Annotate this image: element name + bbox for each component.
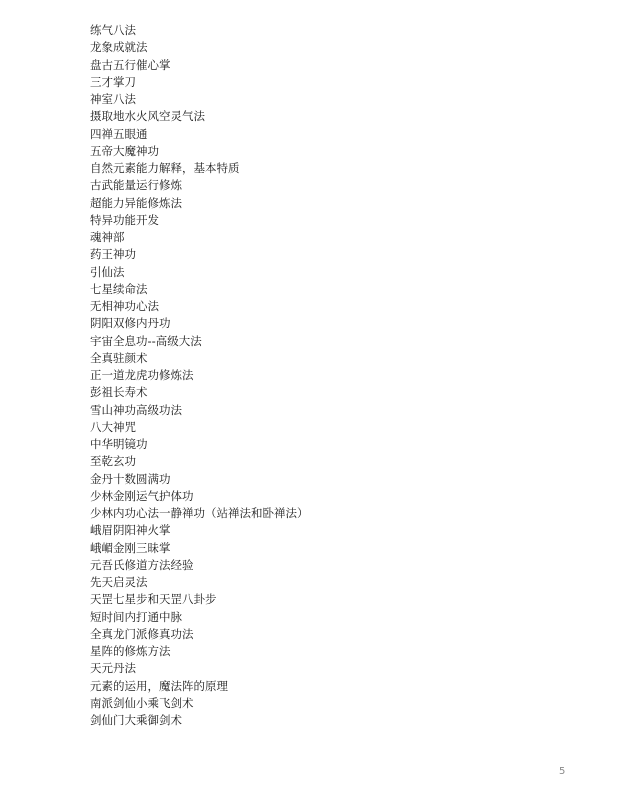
list-item: 自然元素能力解释，基本特质 [90,160,309,177]
list-item: 星阵的修炼方法 [90,643,309,660]
list-item: 七星续命法 [90,281,309,298]
list-item: 天元丹法 [90,660,309,677]
list-item: 全真驻颜术 [90,350,309,367]
list-item: 全真龙门派修真功法 [90,626,309,643]
list-item: 天罡七星步和天罡八卦步 [90,591,309,608]
list-item: 短时间内打通中脉 [90,609,309,626]
list-item: 先天启灵法 [90,574,309,591]
list-item: 正一道龙虎功修炼法 [90,367,309,384]
list-item: 盘古五行催心掌 [90,57,309,74]
list-item: 宇宙全息功--高级大法 [90,333,309,350]
list-item: 彭祖长寿术 [90,384,309,401]
list-item: 峨眉阴阳神火掌 [90,522,309,539]
list-item: 无相神功心法 [90,298,309,315]
list-item: 少林内功心法一静禅功（站禅法和卧禅法） [90,505,309,522]
list-item: 古武能量运行修炼 [90,177,309,194]
list-item: 八大神咒 [90,419,309,436]
list-item: 魂神部 [90,229,309,246]
list-item: 至乾玄功 [90,453,309,470]
list-item: 剑仙门大乘御剑术 [90,712,309,729]
page-number: 5 [559,766,565,777]
list-item: 五帝大魔神功 [90,143,309,160]
list-item: 超能力异能修炼法 [90,195,309,212]
list-item: 阴阳双修内丹功 [90,315,309,332]
list-item: 神室八法 [90,91,309,108]
list-item: 元吾氏修道方法经验 [90,557,309,574]
list-item: 四禅五眼通 [90,126,309,143]
list-item: 雪山神功高级功法 [90,402,309,419]
list-item: 少林金刚运气护体功 [90,488,309,505]
list-item: 龙象成就法 [90,39,309,56]
list-item: 元素的运用，魔法阵的原理 [90,678,309,695]
list-item: 中华明镜功 [90,436,309,453]
list-item: 南派剑仙小乘飞剑术 [90,695,309,712]
list-item: 引仙法 [90,264,309,281]
list-item: 三才掌刀 [90,74,309,91]
list-item: 峨嵋金刚三昧掌 [90,540,309,557]
list-item: 药王神功 [90,246,309,263]
technique-list: 练气八法 龙象成就法 盘古五行催心掌 三才掌刀 神室八法 摄取地水火风空灵气法 … [90,22,309,729]
document-page: 练气八法 龙象成就法 盘古五行催心掌 三才掌刀 神室八法 摄取地水火风空灵气法 … [0,0,634,789]
list-item: 练气八法 [90,22,309,39]
list-item: 金丹十数圆满功 [90,471,309,488]
list-item: 摄取地水火风空灵气法 [90,108,309,125]
list-item: 特异功能开发 [90,212,309,229]
